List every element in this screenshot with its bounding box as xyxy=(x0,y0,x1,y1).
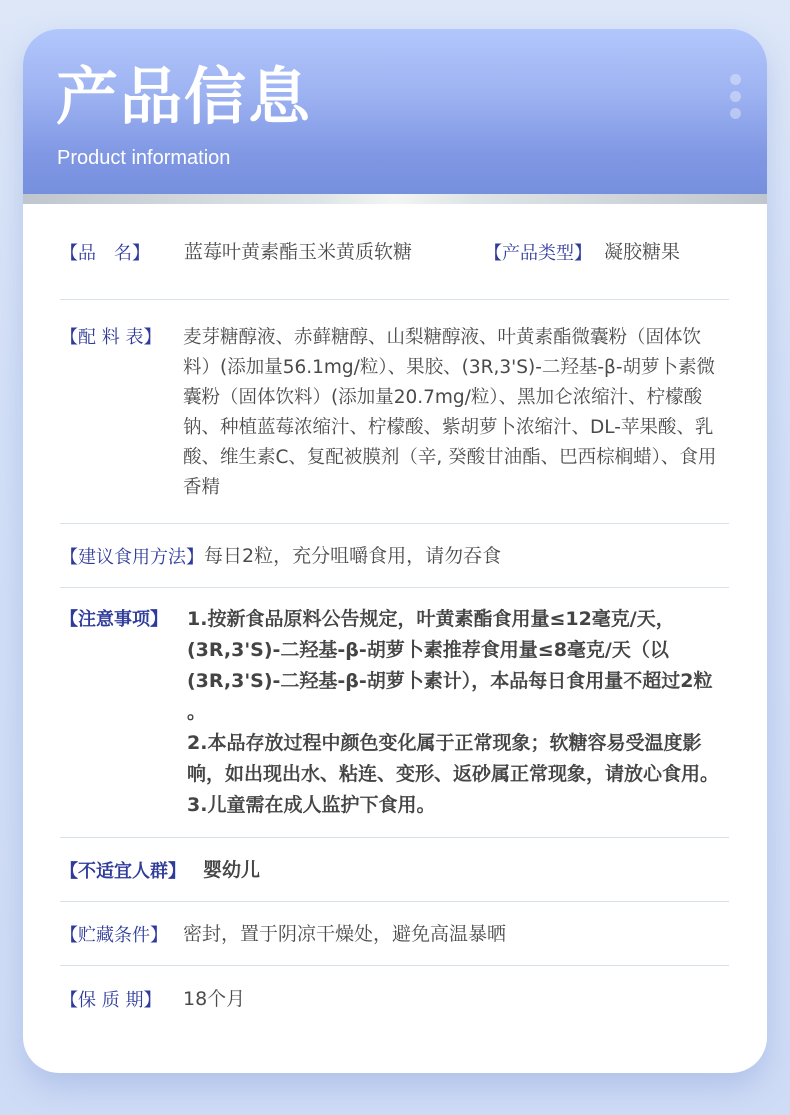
shelf-life-value: 18个月 xyxy=(183,984,245,1014)
product-type-label: 【产品类型】 xyxy=(484,239,604,265)
usage-value: 每日2粒，充分咀嚼食用，请勿吞食 xyxy=(204,541,501,571)
unsuitable-value: 婴幼儿 xyxy=(203,855,260,885)
row-ingredients: 【配 料 表】 麦芽糖醇液、赤藓糖醇、山梨糖醇液、叶黄素酯微囊粉（固体饮料）(添… xyxy=(60,300,729,524)
dot xyxy=(730,91,741,102)
dot xyxy=(730,74,741,85)
product-name-value: 蓝莓叶黄素酯玉米黄质软糖 xyxy=(184,237,484,267)
note-item: 2.本品存放过程中颜色变化属于正常现象；软糖容易受温度影响，如出现出水、粘连、变… xyxy=(187,728,729,790)
row-unsuitable: 【不适宜人群】 婴幼儿 xyxy=(60,838,729,902)
row-notes: 【注意事项】 1.按新食品原料公告规定，叶黄素酯食用量≤12毫克/天，(3R,3… xyxy=(60,588,729,838)
row-shelf-life: 【保 质 期】 18个月 xyxy=(60,966,729,1032)
product-type-value: 凝胶糖果 xyxy=(604,237,680,267)
vertical-dots-icon xyxy=(730,74,742,125)
header-banner: 产品信息 Product information xyxy=(23,29,767,194)
dot xyxy=(730,108,741,119)
note-item: 1.按新食品原料公告规定，叶黄素酯食用量≤12毫克/天，(3R,3'S)-二羟基… xyxy=(187,604,729,728)
shelf-life-label: 【保 质 期】 xyxy=(60,986,183,1012)
product-name-label: 【品 名】 xyxy=(60,239,184,265)
row-usage: 【建议食用方法】 每日2粒，充分咀嚼食用，请勿吞食 xyxy=(60,524,729,588)
note-item: 3.儿童需在成人监护下食用。 xyxy=(187,790,729,821)
unsuitable-label: 【不适宜人群】 xyxy=(60,857,203,883)
notes-list: 1.按新食品原料公告规定，叶黄素酯食用量≤12毫克/天，(3R,3'S)-二羟基… xyxy=(187,604,729,821)
row-storage: 【贮藏条件】 密封，置于阴凉干燥处，避免高温暴晒 xyxy=(60,902,729,966)
page-subtitle: Product information xyxy=(57,145,230,171)
info-list: 【品 名】 蓝莓叶黄素酯玉米黄质软糖 【产品类型】 凝胶糖果 【配 料 表】 麦… xyxy=(60,205,729,1032)
header-divider xyxy=(23,194,767,204)
storage-value: 密封，置于阴凉干燥处，避免高温暴晒 xyxy=(183,919,506,949)
product-info-card: 产品信息 Product information 【品 名】 蓝莓叶黄素酯玉米黄… xyxy=(23,29,767,1073)
storage-label: 【贮藏条件】 xyxy=(60,921,183,947)
page-title: 产品信息 xyxy=(56,57,312,137)
notes-label: 【注意事项】 xyxy=(60,604,187,821)
ingredients-label: 【配 料 表】 xyxy=(60,323,183,503)
usage-label: 【建议食用方法】 xyxy=(60,543,204,569)
row-product-name: 【品 名】 蓝莓叶黄素酯玉米黄质软糖 【产品类型】 凝胶糖果 xyxy=(60,205,729,300)
ingredients-value: 麦芽糖醇液、赤藓糖醇、山梨糖醇液、叶黄素酯微囊粉（固体饮料）(添加量56.1mg… xyxy=(183,323,723,503)
